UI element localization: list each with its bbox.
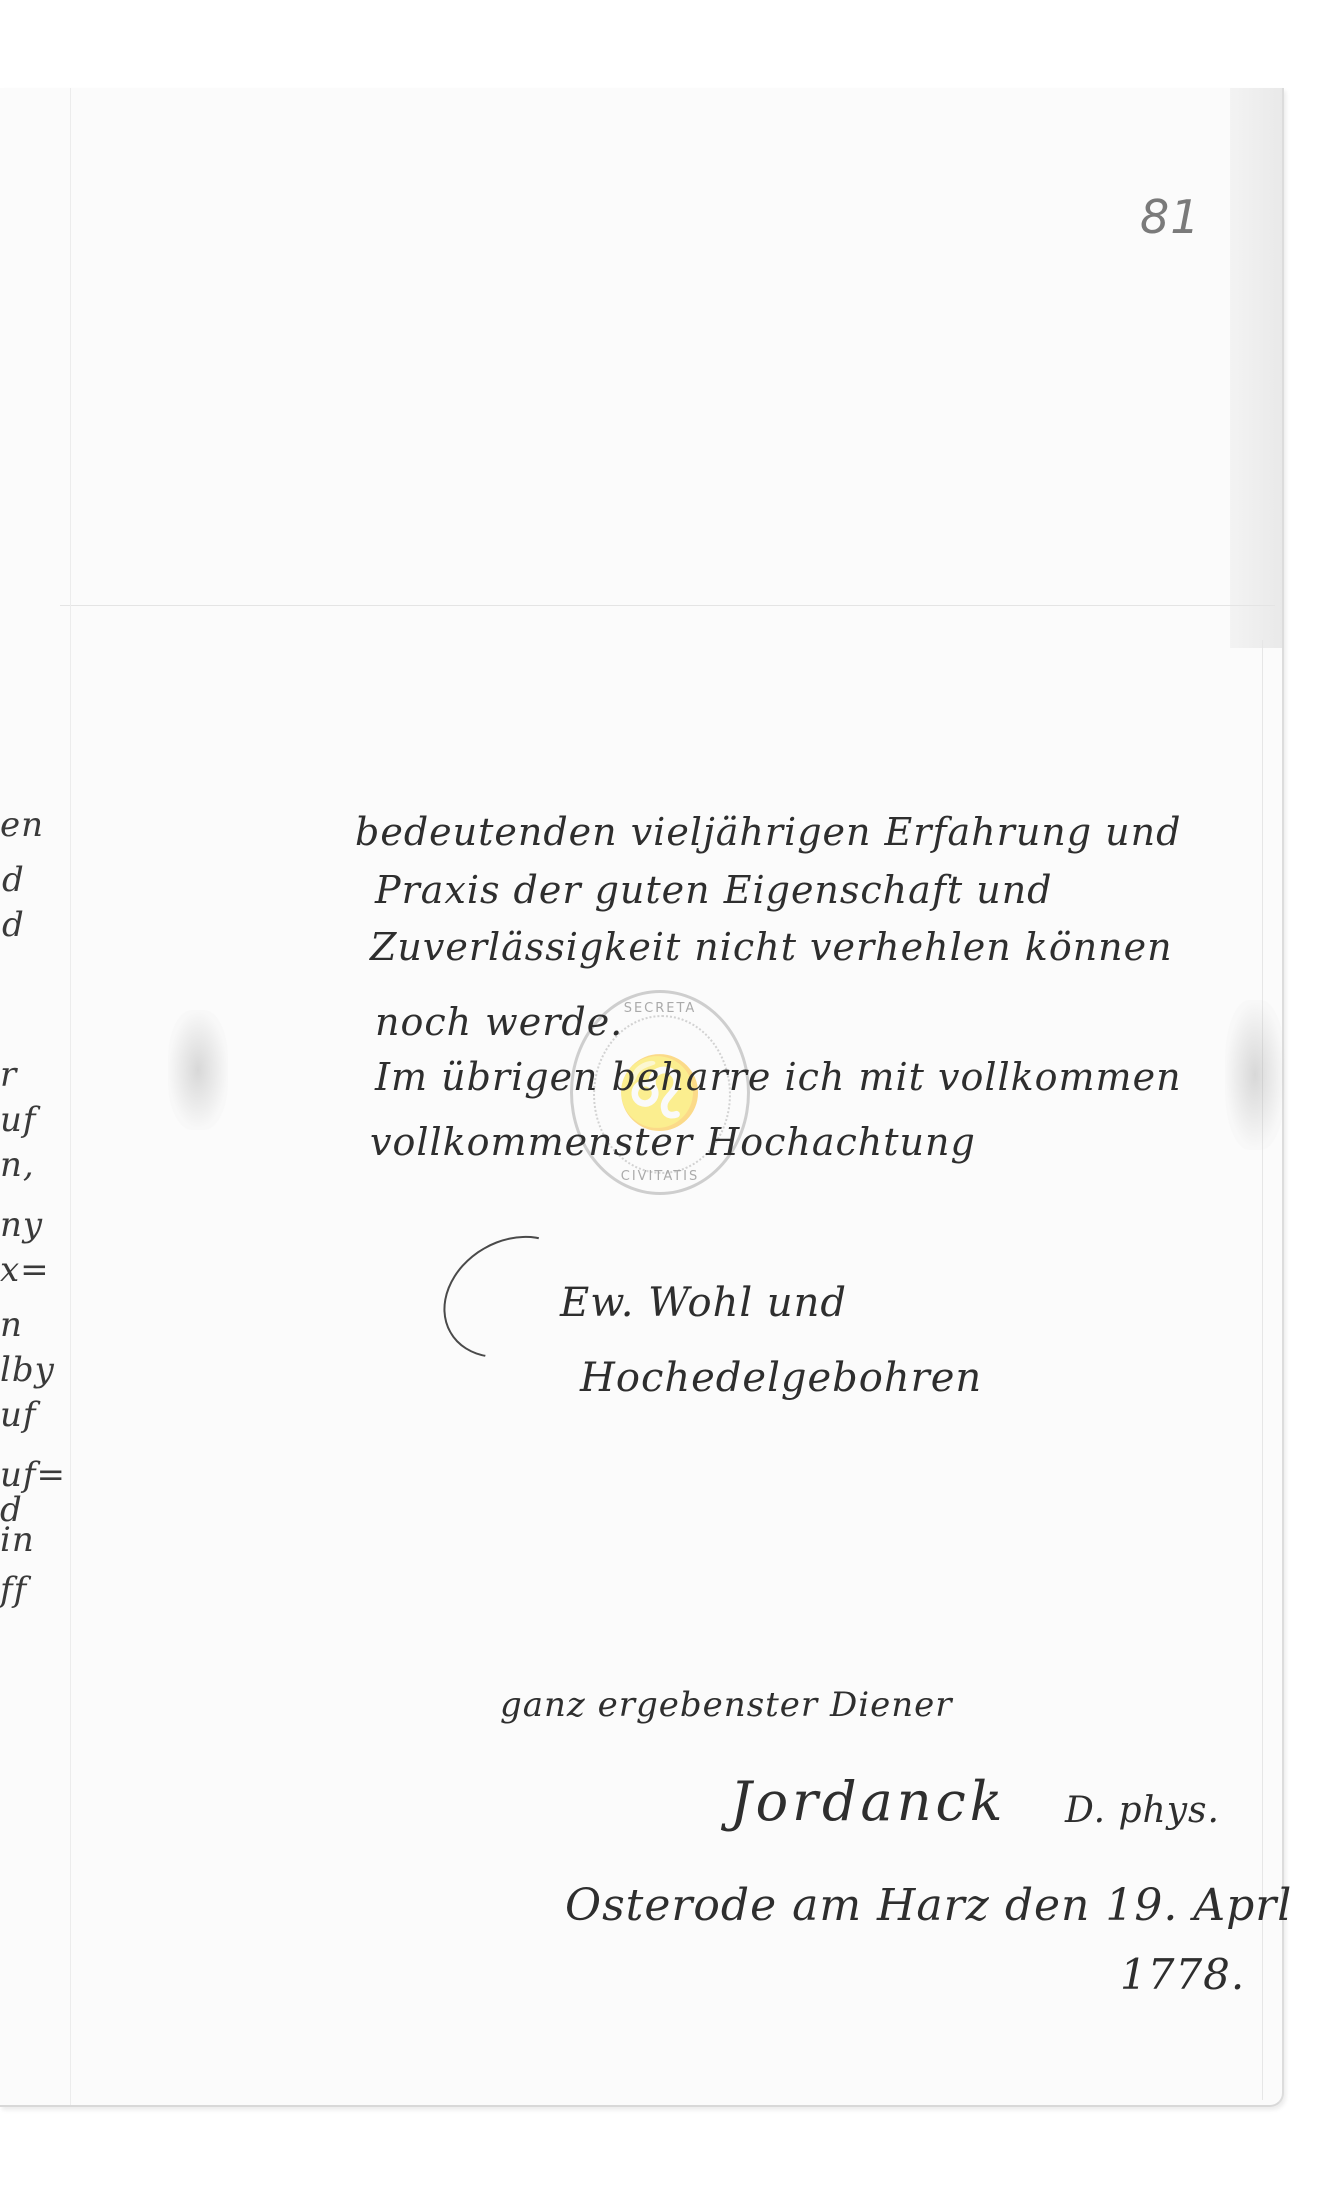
place-date-line: Osterode am Harz den 19. Aprl — [565, 1880, 1292, 1931]
margin-fragment: uf — [0, 1100, 36, 1140]
signature-title: D. phys. — [1065, 1790, 1220, 1831]
margin-fragment: n — [0, 1305, 23, 1345]
signature-name: Jordanck — [730, 1770, 1006, 1833]
closing-line-1: Ew. Wohl und — [560, 1280, 847, 1326]
servant-line: ganz ergebenster Diener — [500, 1685, 953, 1725]
fold-line-horizontal — [60, 605, 1275, 606]
paper-edge-shadow — [1230, 88, 1282, 648]
body-line-4: noch werde. — [375, 1000, 623, 1044]
body-line-5: Im übrigen beharre ich mit vollkommen — [375, 1055, 1182, 1099]
margin-fragment: en — [0, 805, 44, 845]
body-line-1: bedeutenden vieljährigen Erfahrung und — [355, 810, 1181, 854]
body-line-3: Zuverlässigkeit nicht verhehlen können — [370, 925, 1173, 969]
margin-fragment: d — [2, 860, 25, 900]
body-line-2: Praxis der guten Eigenschaft und — [375, 868, 1053, 912]
margin-fragment: ny — [0, 1205, 43, 1245]
margin-fragment: uf= — [0, 1455, 66, 1495]
seal-text-bottom: CIVITATIS — [573, 1169, 747, 1184]
page-number: 81 — [1140, 190, 1201, 244]
margin-fragment: lby — [0, 1350, 55, 1390]
margin-fragment: x= — [0, 1250, 50, 1290]
margin-fragment: r — [0, 1055, 17, 1095]
body-line-6: vollkommenster Hochachtung — [370, 1120, 976, 1164]
margin-fragment: d — [2, 905, 25, 945]
margin-fragment: ff — [0, 1570, 27, 1610]
date-year: 1778. — [1120, 1950, 1245, 1999]
ink-smudge-left — [168, 1010, 228, 1130]
fold-line-vertical — [70, 88, 71, 2105]
closing-line-2: Hochedelgebohren — [580, 1355, 982, 1401]
ink-smudge-right — [1225, 1000, 1285, 1150]
margin-fragment: n, — [0, 1145, 35, 1185]
margin-fragment: uf — [0, 1395, 36, 1435]
margin-fragment: in — [0, 1520, 35, 1560]
